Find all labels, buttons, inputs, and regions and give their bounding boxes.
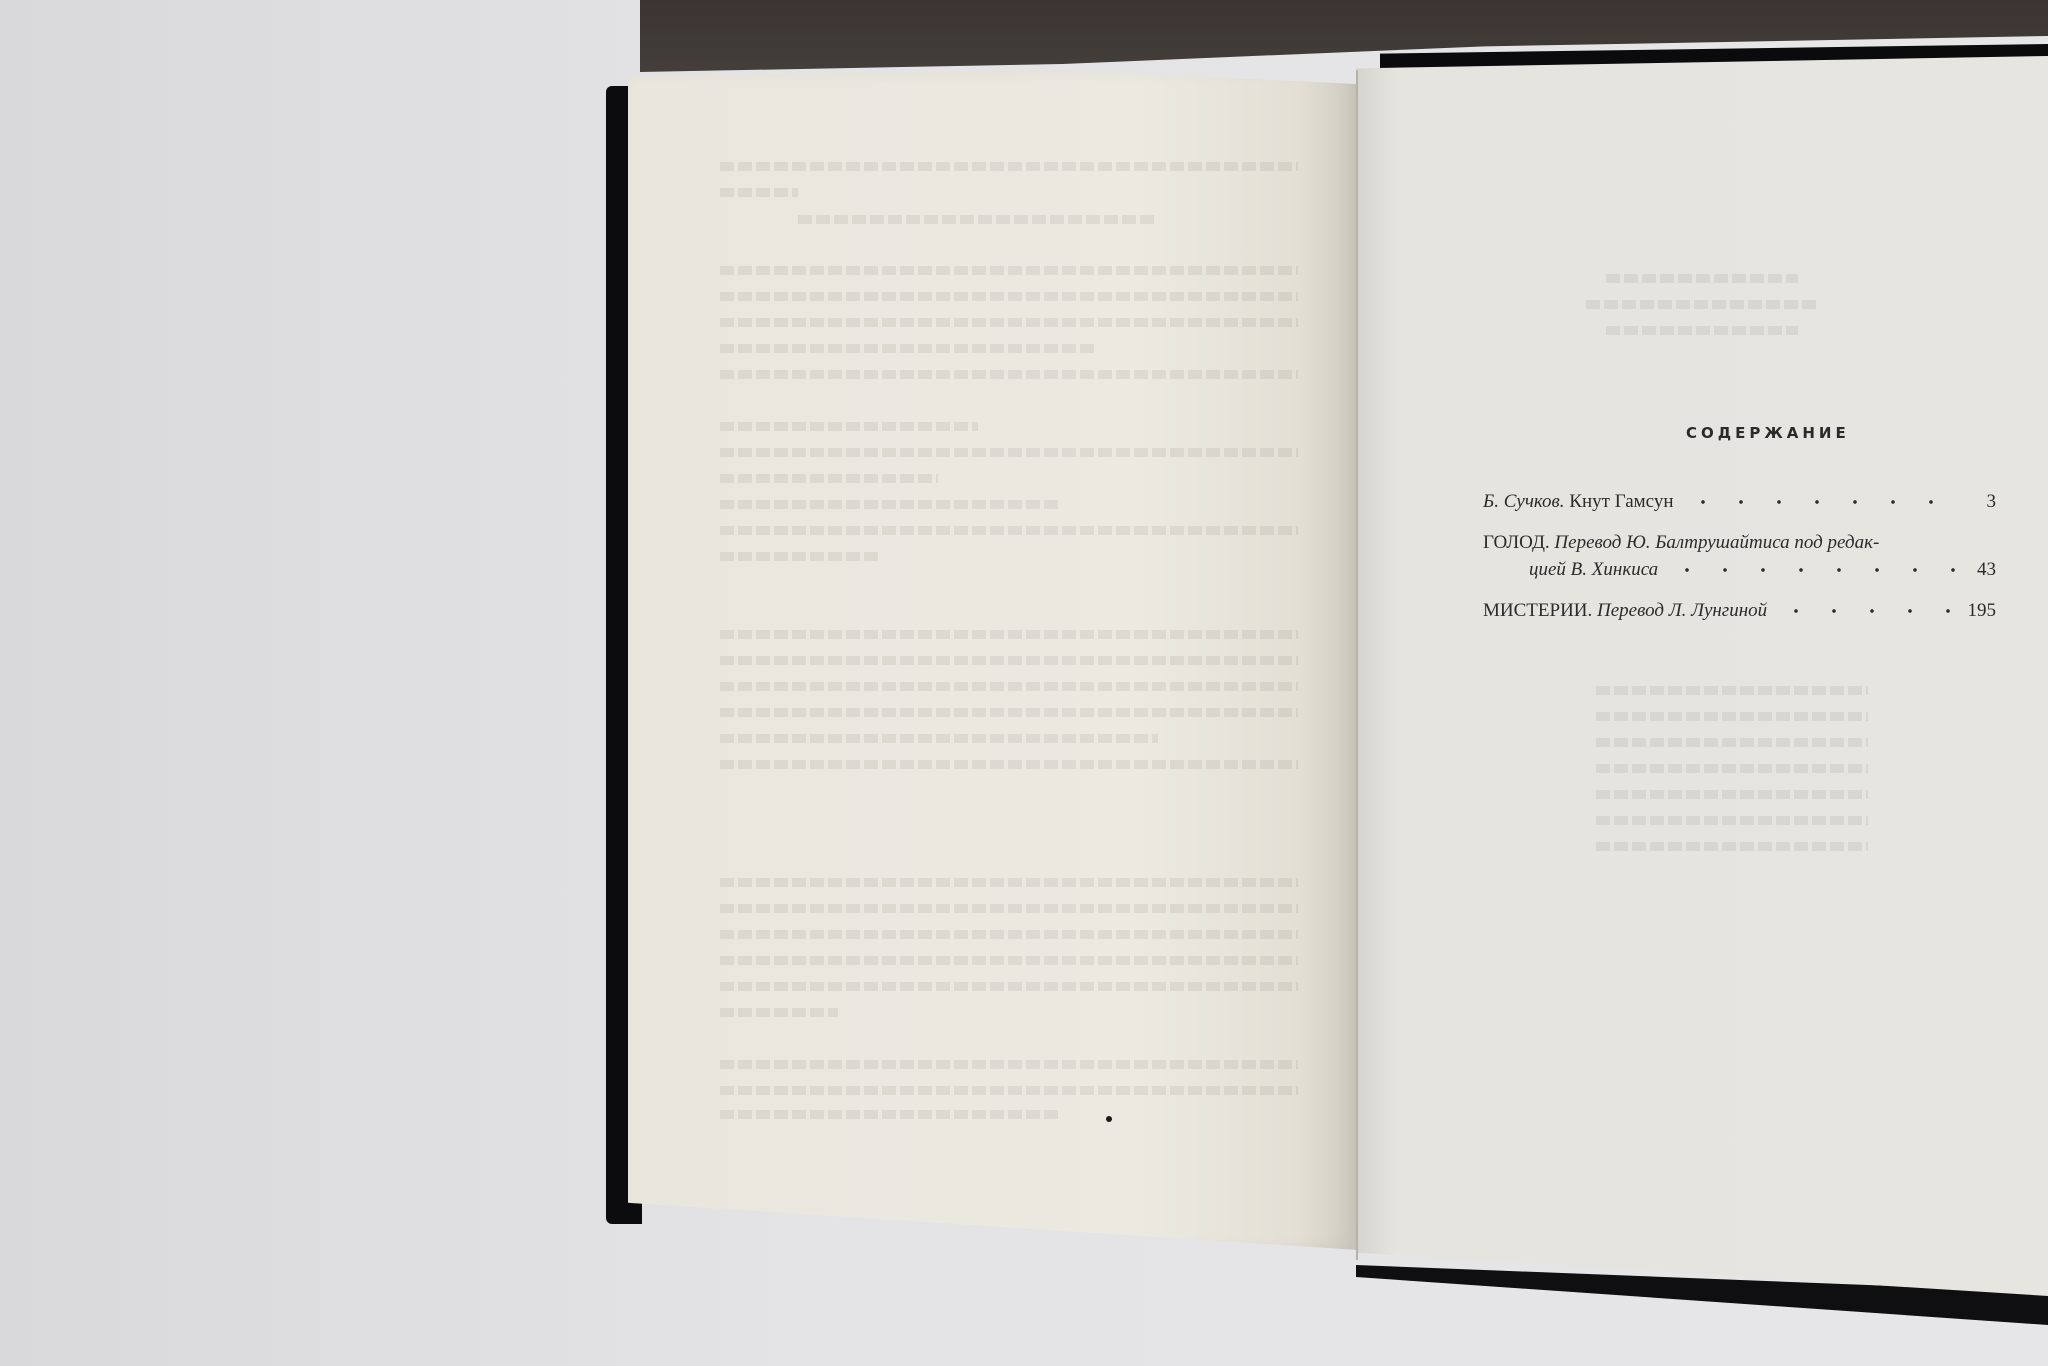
bleed-through-line <box>720 474 938 483</box>
toc-page-number: 43 <box>1966 556 1996 583</box>
bleed-through-line <box>720 682 1298 691</box>
bleed-through-line <box>720 526 1298 535</box>
printed-dot <box>1106 1116 1112 1122</box>
bleed-through-line <box>720 656 1298 665</box>
bleed-through-line <box>720 500 1058 509</box>
toc-translator-note: Перевод Ю. Балтрушайтиса под редак- <box>1554 532 1879 553</box>
book-gutter <box>1356 70 1358 1260</box>
bleed-through-line <box>720 956 1298 965</box>
dot-leader <box>1684 500 1956 504</box>
bleed-through-line <box>720 266 1298 275</box>
bleed-through-line <box>720 370 1298 379</box>
bleed-through-line <box>720 930 1298 939</box>
toc-page-number: 195 <box>1966 597 1996 624</box>
toc-entry: Б. Сучков. Кнут Гамсун 3 <box>1483 488 1996 515</box>
bleed-through-line <box>720 1110 1058 1119</box>
table-of-contents: Б. Сучков. Кнут Гамсун 3 ГОЛОД. Перевод … <box>1483 488 1996 638</box>
bleed-through-line <box>720 422 978 431</box>
bleed-through-line <box>720 760 1298 769</box>
dot-leader <box>1668 568 1956 572</box>
toc-author: Б. Сучков. <box>1483 491 1565 512</box>
right-page <box>1356 56 2048 1296</box>
toc-page-number: 3 <box>1966 488 1996 515</box>
toc-title: ГОЛОД. <box>1483 532 1550 553</box>
left-page <box>628 70 1358 1250</box>
bleed-through-line <box>1606 274 1798 283</box>
bleed-through-line <box>720 982 1298 991</box>
bleed-through-line <box>720 318 1298 327</box>
bleed-through-line <box>1596 712 1868 721</box>
bleed-through-line <box>720 1086 1298 1095</box>
bleed-through-line <box>720 904 1298 913</box>
bleed-through-line <box>720 552 878 561</box>
dot-leader <box>1777 609 1956 613</box>
bleed-through-line <box>1606 326 1798 335</box>
bleed-through-line <box>720 708 1298 717</box>
bleed-through-line <box>1596 790 1868 799</box>
bleed-through-line <box>798 215 1158 224</box>
toc-title: Кнут Гамсун <box>1569 491 1673 512</box>
bleed-through-line <box>720 734 1158 743</box>
toc-entry: МИСТЕРИИ. Перевод Л. Лунгиной 195 <box>1483 597 1996 624</box>
bleed-through-line <box>720 292 1298 301</box>
bleed-through-line <box>1596 764 1868 773</box>
bleed-through-line <box>1596 686 1868 695</box>
bleed-through-line <box>720 162 1298 171</box>
toc-note-continuation: цией В. Хинкиса <box>1529 556 1658 583</box>
bleed-through-line <box>1596 738 1868 747</box>
bleed-through-line <box>720 188 798 197</box>
bleed-through-line <box>1596 842 1868 851</box>
bleed-through-line <box>720 1008 838 1017</box>
bleed-through-line <box>720 448 1298 457</box>
bleed-through-line <box>1596 816 1868 825</box>
toc-title: МИСТЕРИИ. <box>1483 600 1592 621</box>
bleed-through-line <box>720 878 1298 887</box>
bleed-through-line <box>1586 300 1818 309</box>
bleed-through-line <box>720 344 1098 353</box>
toc-heading: СОДЕРЖАНИЕ <box>1686 424 1850 442</box>
book-photo: СОДЕРЖАНИЕ Б. Сучков. Кнут Гамсун 3 ГОЛО… <box>0 0 2048 1366</box>
bleed-through-line <box>720 630 1298 639</box>
bleed-through-line <box>720 1060 1298 1069</box>
toc-translator-note: Перевод Л. Лунгиной <box>1597 600 1767 621</box>
toc-entry: ГОЛОД. Перевод Ю. Балтрушайтиса под реда… <box>1483 529 1996 583</box>
